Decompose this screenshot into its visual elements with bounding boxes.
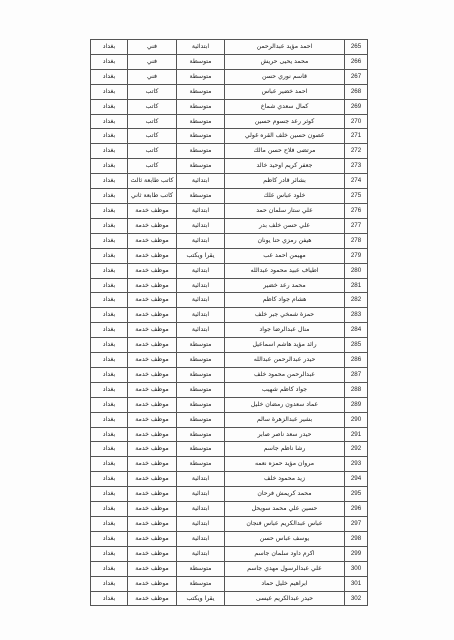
row-number-cell: 284 [345, 323, 368, 338]
governorate-cell: بغداد [91, 293, 128, 308]
scanned-page: بغدادفنيابتدائيةاحمد مؤيد عبدالرحمن265بغ… [0, 0, 454, 640]
name-cell: كوثر رعد جسوم حسين [225, 114, 345, 129]
job-title-cell: موظف خدمة [128, 338, 177, 353]
governorate-cell: بغداد [91, 308, 128, 323]
name-cell: يوسف عباس حسن [225, 531, 345, 546]
governorate-cell: بغداد [91, 427, 128, 442]
governorate-cell: بغداد [91, 472, 128, 487]
job-title-cell: موظف خدمة [128, 412, 177, 427]
name-cell: احمد خضير عباس [225, 84, 345, 99]
education-cell: ابتدائية [177, 546, 225, 561]
education-cell: ابتدائية [177, 218, 225, 233]
name-cell: مهيمن احمد عب [225, 248, 345, 263]
row-number-cell: 274 [345, 174, 368, 189]
row-number-cell: 281 [345, 278, 368, 293]
table-row: بغدادموظف خدمةمتوسطةرشا ناظم جاسم292 [91, 442, 368, 457]
row-number-cell: 276 [345, 203, 368, 218]
governorate-cell: بغداد [91, 531, 128, 546]
name-cell: هيفن رمزي حنا يونان [225, 233, 345, 248]
name-cell: ابراهيم خليل حماد [225, 576, 345, 591]
job-title-cell: موظف خدمة [128, 382, 177, 397]
table-row: بغدادموظف خدمةمتوسطةمروان مؤيد حمزه نعمه… [91, 457, 368, 472]
row-number-cell: 293 [345, 457, 368, 472]
education-cell: متوسطة [177, 427, 225, 442]
governorate-cell: بغداد [91, 576, 128, 591]
governorate-cell: بغداد [91, 114, 128, 129]
job-title-cell: موظف خدمة [128, 353, 177, 368]
row-number-cell: 288 [345, 382, 368, 397]
row-number-cell: 275 [345, 189, 368, 204]
job-title-cell: كاتب [128, 114, 177, 129]
job-title-cell: فني [128, 54, 177, 69]
education-cell: متوسطة [177, 189, 225, 204]
table-row: بغدادكاتبمتوسطةكمال سعدي شماخ269 [91, 99, 368, 114]
governorate-cell: بغداد [91, 561, 128, 576]
name-cell: محمد يحيى حريش [225, 54, 345, 69]
table-row: بغدادموظف خدمةابتدائيةاطياف عبيد محمود ع… [91, 263, 368, 278]
governorate-cell: بغداد [91, 546, 128, 561]
education-cell: متوسطة [177, 144, 225, 159]
table-row: بغدادموظف خدمةابتدائيةيوسف عباس حسن298 [91, 531, 368, 546]
table-row: بغدادموظف خدمةابتدائيةعباس عبدالكريم عبا… [91, 517, 368, 532]
table-row: بغدادموظف خدمةمتوسطةبشير عبدالزهرة سالم2… [91, 412, 368, 427]
job-title-cell: فني [128, 40, 177, 55]
table-row: بغدادموظف خدمةمتوسطةعبدالرحمن محمود خلف2… [91, 367, 368, 382]
education-cell: ابتدائية [177, 174, 225, 189]
row-number-cell: 278 [345, 233, 368, 248]
row-number-cell: 283 [345, 308, 368, 323]
name-cell: اطياف عبيد محمود عبدالله [225, 263, 345, 278]
name-cell: مروان مؤيد حمزه نعمه [225, 457, 345, 472]
job-title-cell: موظف خدمة [128, 427, 177, 442]
name-cell: زيد محمود خلف [225, 472, 345, 487]
governorate-cell: بغداد [91, 487, 128, 502]
name-cell: رائد مؤيد هاشم اسماعيل [225, 338, 345, 353]
name-cell: علي حسن خلف بدر [225, 218, 345, 233]
governorate-cell: بغداد [91, 412, 128, 427]
education-cell: ابتدائية [177, 531, 225, 546]
row-number-cell: 295 [345, 487, 368, 502]
governorate-cell: بغداد [91, 457, 128, 472]
table-body: بغدادفنيابتدائيةاحمد مؤيد عبدالرحمن265بغ… [91, 40, 368, 606]
job-title-cell: موظف خدمة [128, 203, 177, 218]
education-cell: ابتدائية [177, 308, 225, 323]
row-number-cell: 294 [345, 472, 368, 487]
row-number-cell: 297 [345, 517, 368, 532]
table-row: بغدادموظف خدمةمتوسطةجواد كاظم شهيب288 [91, 382, 368, 397]
education-cell: ابتدائية [177, 472, 225, 487]
name-cell: حيدر عبدالكريم عيسى [225, 591, 345, 606]
row-number-cell: 277 [345, 218, 368, 233]
governorate-cell: بغداد [91, 40, 128, 55]
job-title-cell: موظف خدمة [128, 263, 177, 278]
table-row: بغدادموظف خدمةابتدائيةزيد محمود خلف294 [91, 472, 368, 487]
row-number-cell: 280 [345, 263, 368, 278]
education-cell: يقرا ويكتب [177, 248, 225, 263]
job-title-cell: موظف خدمة [128, 487, 177, 502]
row-number-cell: 268 [345, 84, 368, 99]
row-number-cell: 299 [345, 546, 368, 561]
name-cell: جواد كاظم شهيب [225, 382, 345, 397]
name-cell: هشام جواد كاظم [225, 293, 345, 308]
governorate-cell: بغداد [91, 517, 128, 532]
education-cell: ابتدائية [177, 293, 225, 308]
job-title-cell: موظف خدمة [128, 472, 177, 487]
job-title-cell: كاتب طابعة ثالث [128, 174, 177, 189]
name-cell: عماد سعدون رمضان خليل [225, 397, 345, 412]
name-cell: غصون حسين خلف القره غولي [225, 129, 345, 144]
job-title-cell: كاتب [128, 159, 177, 174]
row-number-cell: 273 [345, 159, 368, 174]
education-cell: متوسطة [177, 338, 225, 353]
job-title-cell: كاتب [128, 144, 177, 159]
row-number-cell: 290 [345, 412, 368, 427]
job-title-cell: موظف خدمة [128, 308, 177, 323]
table-row: بغدادموظف خدمةابتدائيةعلي ستار سلمان حمد… [91, 203, 368, 218]
education-cell: متوسطة [177, 159, 225, 174]
education-cell: متوسطة [177, 84, 225, 99]
table-row: بغدادموظف خدمةابتدائيةحمزة شمخي جبر خلف2… [91, 308, 368, 323]
governorate-cell: بغداد [91, 278, 128, 293]
table-row: بغدادموظف خدمةابتدائيةاكرم داود سلمان جا… [91, 546, 368, 561]
table-row: بغدادكاتب طابعة ثانيمتوسطةخلود عباس علك2… [91, 189, 368, 204]
job-title-cell: موظف خدمة [128, 278, 177, 293]
row-number-cell: 271 [345, 129, 368, 144]
education-cell: يقرا ويكتب [177, 591, 225, 606]
education-cell: ابتدائية [177, 487, 225, 502]
name-cell: مرتضى فلاح حسن مالك [225, 144, 345, 159]
governorate-cell: بغداد [91, 263, 128, 278]
name-cell: خلود عباس علك [225, 189, 345, 204]
education-cell: متوسطة [177, 382, 225, 397]
education-cell: متوسطة [177, 442, 225, 457]
table-row: بغدادكاتبمتوسطةكوثر رعد جسوم حسين270 [91, 114, 368, 129]
row-number-cell: 289 [345, 397, 368, 412]
table-row: بغدادموظف خدمةابتدائيةهيفن رمزي حنا يونا… [91, 233, 368, 248]
governorate-cell: بغداد [91, 233, 128, 248]
name-cell: جعفر كريم اوحيد خالد [225, 159, 345, 174]
table-row: بغدادموظف خدمةمتوسطةعلي عبدالرسول مهدي ج… [91, 561, 368, 576]
education-cell: متوسطة [177, 129, 225, 144]
row-number-cell: 272 [345, 144, 368, 159]
name-cell: علي ستار سلمان حمد [225, 203, 345, 218]
table-row: بغدادموظف خدمةابتدائيةهشام جواد كاظم282 [91, 293, 368, 308]
education-cell: متوسطة [177, 99, 225, 114]
job-title-cell: موظف خدمة [128, 293, 177, 308]
name-cell: قاسم نوري حسن [225, 69, 345, 84]
name-cell: عبدالرحمن محمود خلف [225, 367, 345, 382]
education-cell: ابتدائية [177, 278, 225, 293]
name-cell: حيدر عبدالرحمن عبدالله [225, 353, 345, 368]
table-row: بغدادكاتبمتوسطةاحمد خضير عباس268 [91, 84, 368, 99]
table-row: بغدادكاتب طابعة ثالثابتدائيةبشائر قادر ك… [91, 174, 368, 189]
job-title-cell: موظف خدمة [128, 531, 177, 546]
governorate-cell: بغداد [91, 144, 128, 159]
table-row: بغدادكاتبمتوسطةجعفر كريم اوحيد خالد273 [91, 159, 368, 174]
job-title-cell: موظف خدمة [128, 517, 177, 532]
table-row: بغدادموظف خدمةابتدائيةحسين علي محمد سويح… [91, 502, 368, 517]
governorate-cell: بغداد [91, 397, 128, 412]
row-number-cell: 269 [345, 99, 368, 114]
education-cell: متوسطة [177, 397, 225, 412]
name-cell: حسين علي محمد سويحل [225, 502, 345, 517]
governorate-cell: بغداد [91, 218, 128, 233]
education-cell: ابتدائية [177, 263, 225, 278]
education-cell: متوسطة [177, 576, 225, 591]
governorate-cell: بغداد [91, 442, 128, 457]
table-row: بغدادموظف خدمةمتوسطةعماد سعدون رمضان خلي… [91, 397, 368, 412]
table-row: بغدادفنيابتدائيةاحمد مؤيد عبدالرحمن265 [91, 40, 368, 55]
row-number-cell: 265 [345, 40, 368, 55]
name-cell: رشا ناظم جاسم [225, 442, 345, 457]
table-row: بغدادموظف خدمةابتدائيةمحمد رعد خضير281 [91, 278, 368, 293]
job-title-cell: موظف خدمة [128, 397, 177, 412]
education-cell: متوسطة [177, 54, 225, 69]
table-row: بغدادموظف خدمةمتوسطةابراهيم خليل حماد301 [91, 576, 368, 591]
job-title-cell: موظف خدمة [128, 233, 177, 248]
row-number-cell: 300 [345, 561, 368, 576]
table-row: بغدادموظف خدمةمتوسطةحيدر عبدالرحمن عبدال… [91, 353, 368, 368]
table-row: بغدادموظف خدمةابتدائيةمحمد كريمش فرحان29… [91, 487, 368, 502]
name-cell: كمال سعدي شماخ [225, 99, 345, 114]
education-cell: متوسطة [177, 114, 225, 129]
job-title-cell: كاتب [128, 99, 177, 114]
governorate-cell: بغداد [91, 159, 128, 174]
name-cell: بشائر قادر كاظم [225, 174, 345, 189]
table-row: بغدادكاتبمتوسطةغصون حسين خلف القره غولي2… [91, 129, 368, 144]
row-number-cell: 291 [345, 427, 368, 442]
job-title-cell: كاتب [128, 84, 177, 99]
education-cell: ابتدائية [177, 233, 225, 248]
row-number-cell: 282 [345, 293, 368, 308]
job-title-cell: موظف خدمة [128, 561, 177, 576]
job-title-cell: موظف خدمة [128, 218, 177, 233]
name-cell: محمد رعد خضير [225, 278, 345, 293]
row-number-cell: 286 [345, 353, 368, 368]
table-row: بغدادموظف خدمةيقرا ويكتبحيدر عبدالكريم ع… [91, 591, 368, 606]
job-title-cell: موظف خدمة [128, 323, 177, 338]
table-row: بغدادموظف خدمةابتدائيةعلي حسن خلف بدر277 [91, 218, 368, 233]
table-row: بغدادفنيمتوسطةقاسم نوري حسن267 [91, 69, 368, 84]
governorate-cell: بغداد [91, 502, 128, 517]
governorate-cell: بغداد [91, 382, 128, 397]
name-cell: علي عبدالرسول مهدي جاسم [225, 561, 345, 576]
education-cell: متوسطة [177, 412, 225, 427]
name-cell: بشير عبدالزهرة سالم [225, 412, 345, 427]
education-cell: متوسطة [177, 69, 225, 84]
education-cell: ابتدائية [177, 517, 225, 532]
table-row: بغدادفنيمتوسطةمحمد يحيى حريش266 [91, 54, 368, 69]
row-number-cell: 296 [345, 502, 368, 517]
name-cell: حيدر سعد ناصر صابر [225, 427, 345, 442]
education-cell: متوسطة [177, 561, 225, 576]
governorate-cell: بغداد [91, 323, 128, 338]
table-row: بغدادموظف خدمةمتوسطةحيدر سعد ناصر صابر29… [91, 427, 368, 442]
education-cell: ابتدائية [177, 203, 225, 218]
name-cell: محمد كريمش فرحان [225, 487, 345, 502]
row-number-cell: 298 [345, 531, 368, 546]
name-cell: منال عبدالرضا جواد [225, 323, 345, 338]
row-number-cell: 279 [345, 248, 368, 263]
row-number-cell: 301 [345, 576, 368, 591]
governorate-cell: بغداد [91, 99, 128, 114]
education-cell: ابتدائية [177, 40, 225, 55]
governorate-cell: بغداد [91, 203, 128, 218]
name-cell: اكرم داود سلمان جاسم [225, 546, 345, 561]
job-title-cell: موظف خدمة [128, 591, 177, 606]
governorate-cell: بغداد [91, 54, 128, 69]
education-cell: متوسطة [177, 367, 225, 382]
governorate-cell: بغداد [91, 248, 128, 263]
governorate-cell: بغداد [91, 338, 128, 353]
job-title-cell: موظف خدمة [128, 367, 177, 382]
job-title-cell: فني [128, 69, 177, 84]
education-cell: ابتدائية [177, 323, 225, 338]
row-number-cell: 266 [345, 54, 368, 69]
governorate-cell: بغداد [91, 189, 128, 204]
job-title-cell: كاتب طابعة ثاني [128, 189, 177, 204]
job-title-cell: موظف خدمة [128, 502, 177, 517]
table-row: بغدادموظف خدمةابتدائيةمنال عبدالرضا جواد… [91, 323, 368, 338]
row-number-cell: 270 [345, 114, 368, 129]
name-cell: حمزة شمخي جبر خلف [225, 308, 345, 323]
governorate-cell: بغداد [91, 367, 128, 382]
job-title-cell: موظف خدمة [128, 576, 177, 591]
governorate-cell: بغداد [91, 591, 128, 606]
row-number-cell: 287 [345, 367, 368, 382]
governorate-cell: بغداد [91, 353, 128, 368]
job-title-cell: موظف خدمة [128, 442, 177, 457]
table-row: بغدادكاتبمتوسطةمرتضى فلاح حسن مالك272 [91, 144, 368, 159]
job-title-cell: موظف خدمة [128, 546, 177, 561]
education-cell: متوسطة [177, 457, 225, 472]
governorate-cell: بغداد [91, 84, 128, 99]
job-title-cell: كاتب [128, 129, 177, 144]
governorate-cell: بغداد [91, 129, 128, 144]
governorate-cell: بغداد [91, 69, 128, 84]
row-number-cell: 285 [345, 338, 368, 353]
row-number-cell: 292 [345, 442, 368, 457]
table-row: بغدادموظف خدمةمتوسطةرائد مؤيد هاشم اسماع… [91, 338, 368, 353]
job-title-cell: موظف خدمة [128, 248, 177, 263]
governorate-cell: بغداد [91, 174, 128, 189]
table-row: بغدادموظف خدمةيقرا ويكتبمهيمن احمد عب279 [91, 248, 368, 263]
employee-table: بغدادفنيابتدائيةاحمد مؤيد عبدالرحمن265بغ… [90, 39, 368, 606]
education-cell: متوسطة [177, 353, 225, 368]
job-title-cell: موظف خدمة [128, 457, 177, 472]
name-cell: عباس عبدالكريم عباس فنجان [225, 517, 345, 532]
education-cell: ابتدائية [177, 502, 225, 517]
name-cell: احمد مؤيد عبدالرحمن [225, 40, 345, 55]
row-number-cell: 267 [345, 69, 368, 84]
row-number-cell: 302 [345, 591, 368, 606]
